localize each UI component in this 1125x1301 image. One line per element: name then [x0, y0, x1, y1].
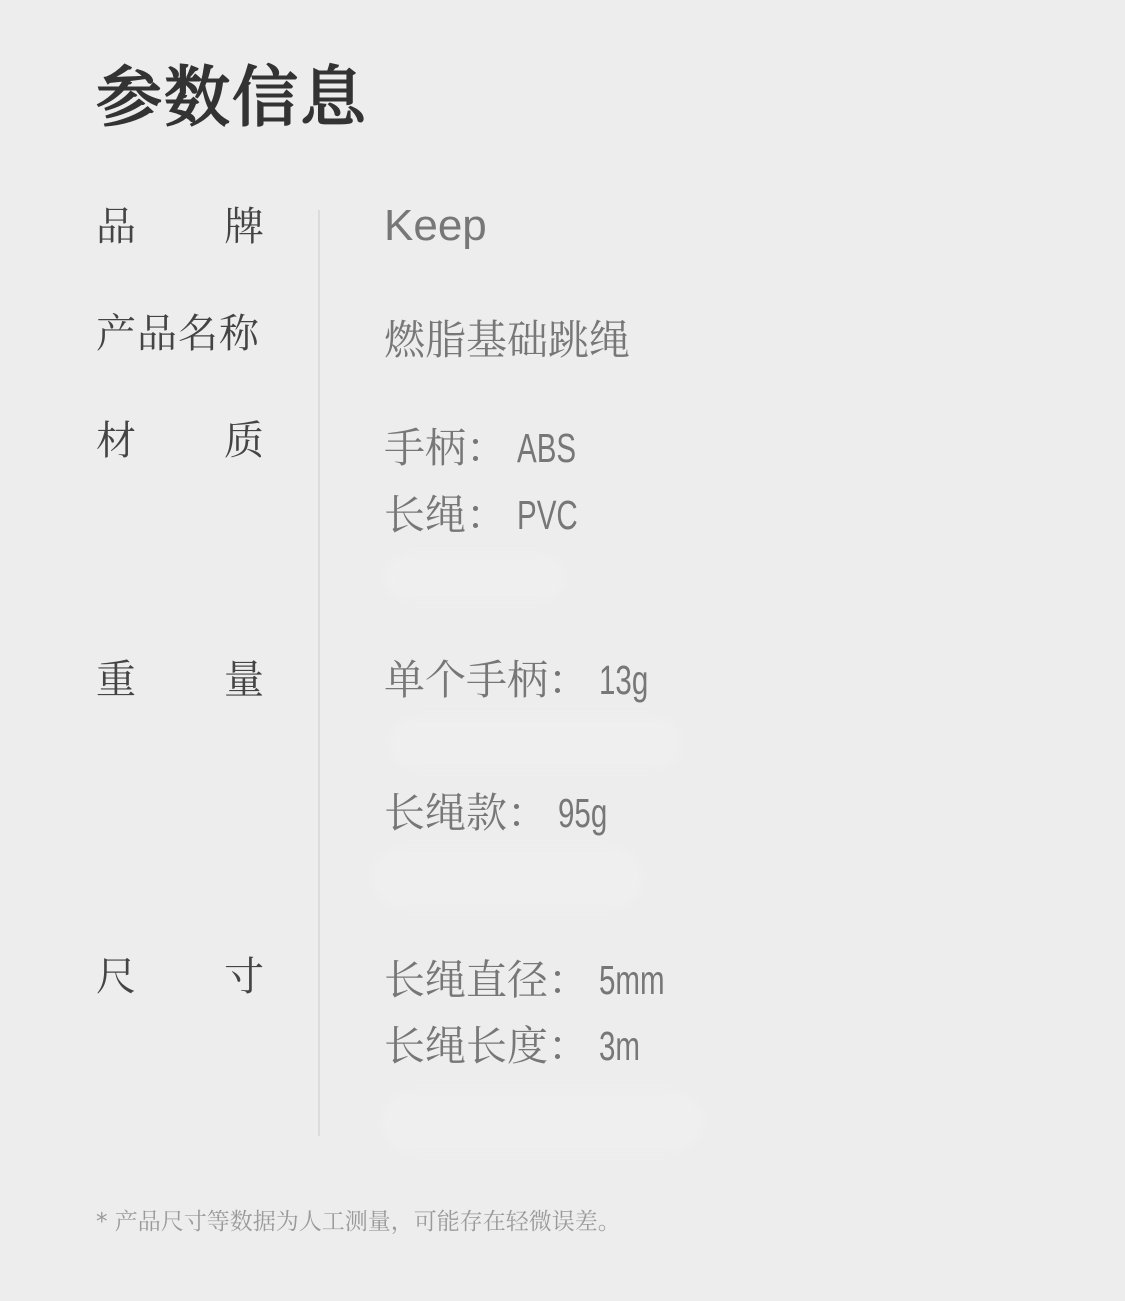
value-material-rope: 长绳：PVC [384, 490, 601, 540]
value-material-handle: 手柄：ABS [384, 423, 599, 473]
spec-key: 手柄： [384, 424, 507, 472]
label-char: 品 [96, 203, 136, 251]
spec-val: 13g [599, 655, 648, 705]
label-char: 质 [224, 417, 264, 465]
erased-area [390, 718, 680, 768]
label-size: 尺 寸 [96, 953, 264, 1001]
value-brand: Keep [384, 201, 487, 251]
erased-area [382, 1092, 702, 1152]
label-weight: 重 量 [96, 656, 264, 704]
label-char: 量 [224, 656, 264, 704]
spec-val: 3m [599, 1021, 640, 1071]
label-brand: 品 牌 [96, 203, 264, 251]
erased-area [372, 848, 642, 908]
spec-val: 5mm [599, 955, 665, 1005]
value-weight-rope: 长绳款：95g [384, 788, 626, 838]
value-size-diameter: 长绳直径：5mm [384, 955, 690, 1005]
column-divider [318, 210, 320, 1136]
spec-key: 长绳直径： [384, 956, 589, 1004]
label-product-name: 产品名称 [96, 310, 264, 358]
label-char: 材 [96, 417, 136, 465]
label-char: 尺 [96, 953, 136, 1001]
label-char: 牌 [224, 203, 264, 251]
spec-val: PVC [517, 490, 578, 540]
spec-key: 长绳长度： [384, 1022, 589, 1070]
spec-val: 95g [558, 788, 607, 838]
page-title: 参数信息 [96, 58, 368, 138]
value-product-name: 燃脂基础跳绳 [384, 315, 630, 365]
value-size-length: 长绳长度：3m [384, 1021, 656, 1071]
label-material: 材 质 [96, 417, 264, 465]
label-char: 重 [96, 656, 136, 704]
label-char: 寸 [224, 953, 264, 1001]
spec-key: 长绳： [384, 491, 507, 539]
value-weight-handle: 单个手柄：13g [384, 655, 667, 705]
spec-val: ABS [517, 423, 576, 473]
spec-key: 长绳款： [384, 789, 548, 837]
footnote: * 产品尺寸等数据为人工测量，可能存在轻微误差。 [96, 1207, 621, 1237]
spec-key: 单个手柄： [384, 656, 589, 704]
erased-area [385, 555, 565, 600]
